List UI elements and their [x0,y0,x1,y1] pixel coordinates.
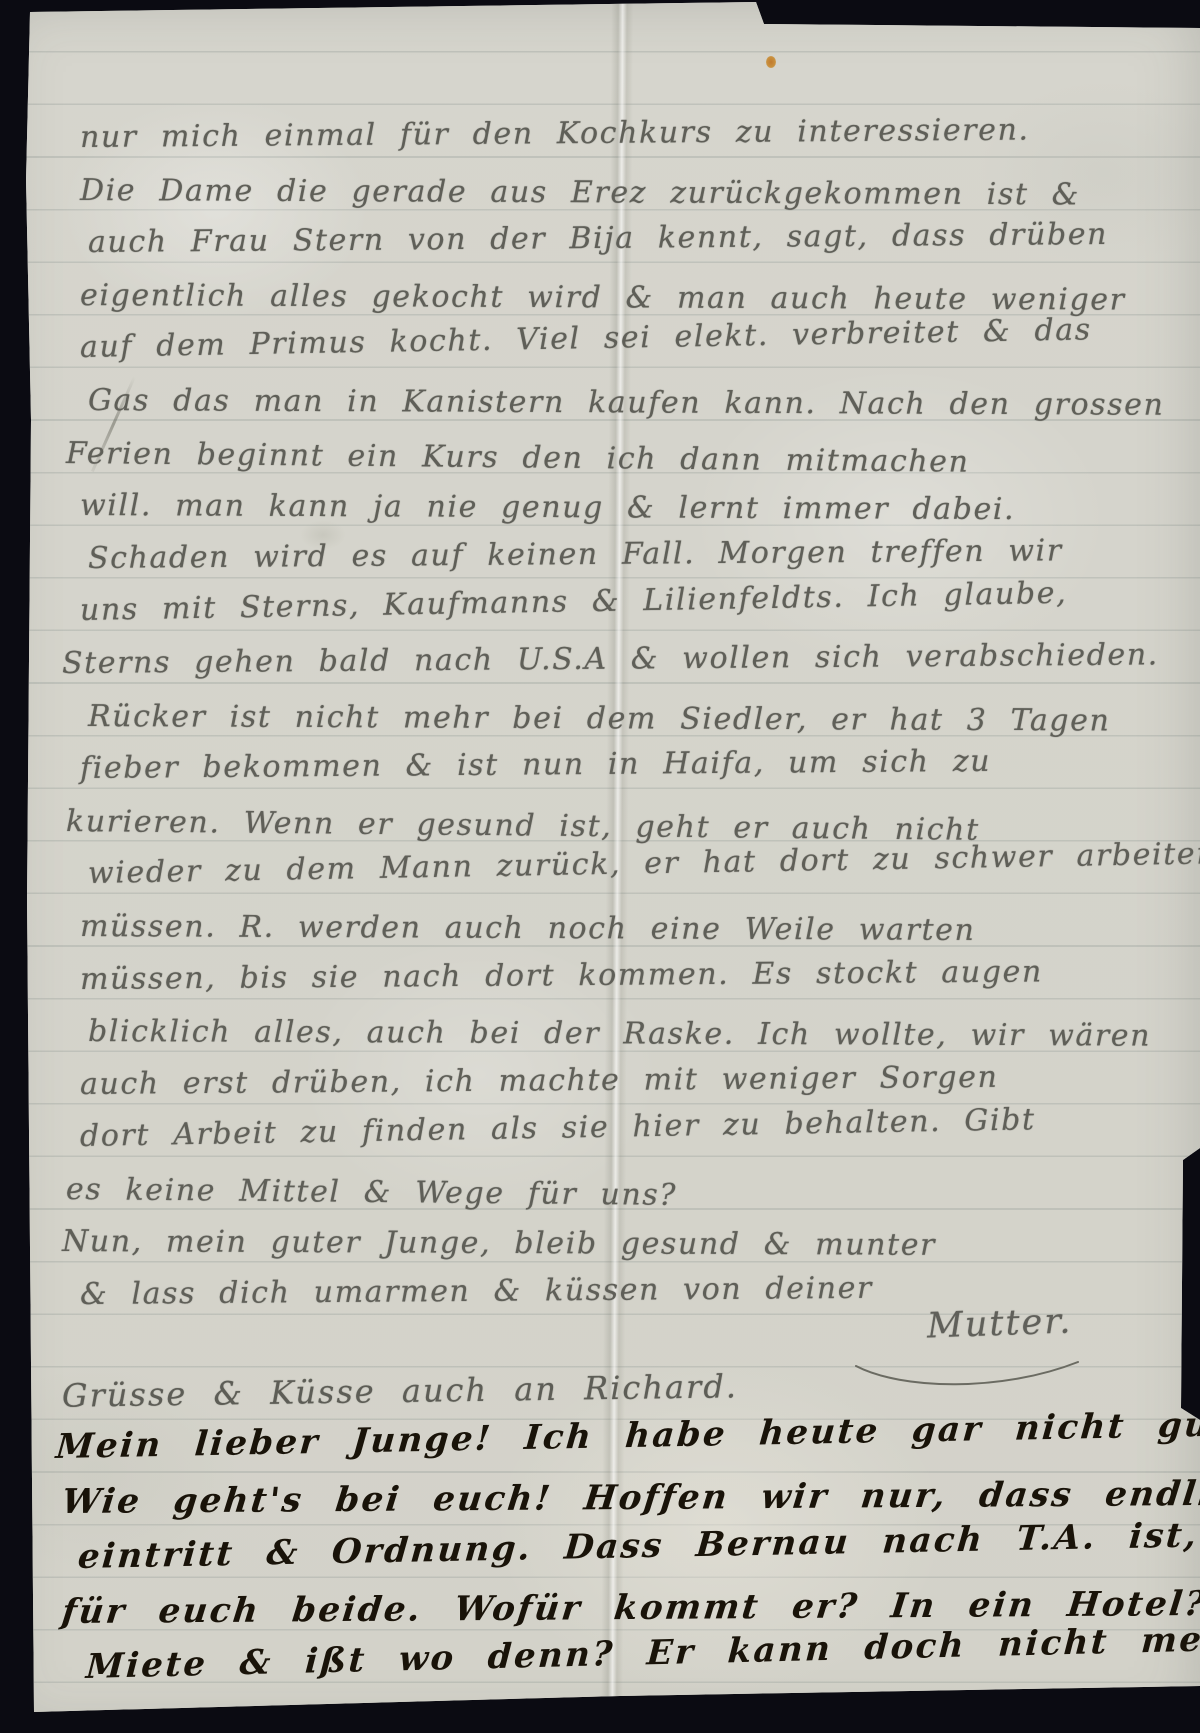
letter-line: fieber bekommen & ist nun in Haifa, um s… [80,734,1190,795]
letter-line: auch Frau Stern von der Bija kennt, sagt… [88,209,1190,270]
postscript-greeting: Grüsse & Küsse auch an Richard. [62,1367,738,1414]
signature-flourish [852,1352,1082,1394]
letter-scan: nur mich einmal für den Kochkurs zu inte… [0,0,1200,1733]
scan-background: { "document": { "kind": "handwritten let… [0,0,1200,1733]
letter-line: müssen, bis sie nach dort kommen. Es sto… [80,945,1190,1006]
letter-line: Gas das man in Kanistern kaufen kann. Na… [88,375,1190,432]
letter-page: nur mich einmal für den Kochkurs zu inte… [0,0,1200,1733]
letter-line: nur mich einmal für den Kochkurs zu inte… [80,103,1190,164]
letter-body-pencil: nur mich einmal für den Kochkurs zu inte… [80,112,1190,1322]
signature-mutter: Mutter. [926,1301,1073,1346]
letter-line: Sterns gehen bald nach U.S.A & wollen si… [62,629,1190,690]
letter-postscript-ink: Mein lieber Junge! Ich habe heute gar ni… [56,1420,1194,1695]
paper-stain [766,56,776,68]
